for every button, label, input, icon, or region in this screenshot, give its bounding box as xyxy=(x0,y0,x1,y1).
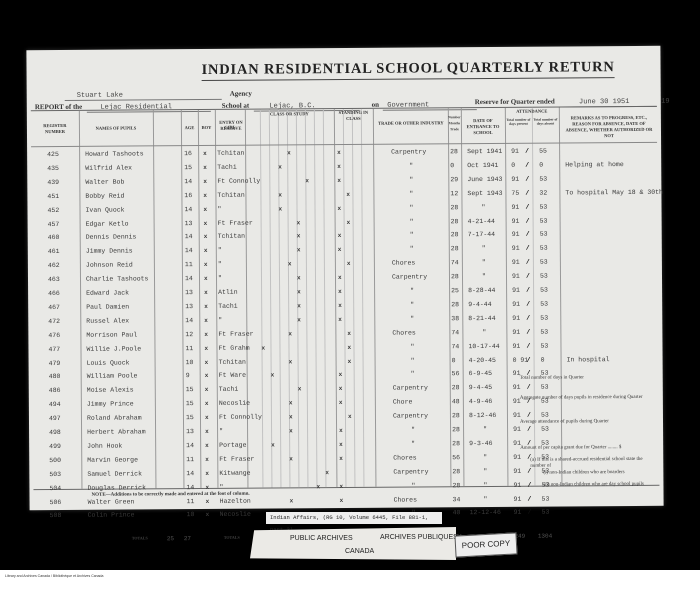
register-number: 504 xyxy=(49,485,61,492)
grade-mark: x xyxy=(297,219,301,226)
standing-mark: x xyxy=(339,483,343,490)
sex-mark: x xyxy=(204,261,208,268)
trade: " xyxy=(410,232,414,239)
entrance-date: " xyxy=(483,482,487,489)
months-trade: 28 xyxy=(451,273,459,280)
check-mark-icon: / xyxy=(525,203,529,210)
col-entry-on-reserve: ENTRY ON RESERVE xyxy=(217,120,245,132)
remark: Helping at home xyxy=(565,161,624,168)
pupil-age: 14 xyxy=(185,247,193,254)
register-number: 500 xyxy=(49,457,61,464)
pupil-age: 13 xyxy=(185,303,193,310)
months-trade: 40 xyxy=(453,510,461,517)
reserve-label: Reserve for Quarter ended xyxy=(475,98,555,107)
standing-mark: x xyxy=(337,149,341,156)
sex-mark: x xyxy=(205,470,209,477)
pupil-name: Louis Quock xyxy=(87,359,130,366)
entrance-date: " xyxy=(481,204,485,211)
pupil-name: Ivan Quock xyxy=(85,206,124,213)
days-absent: 53 xyxy=(540,231,548,238)
agency-line: Stuart Lake xyxy=(65,91,222,101)
entry-reserve: " xyxy=(218,247,222,254)
pupil-name: Douglas Derrick xyxy=(87,484,146,491)
grade-mark: x xyxy=(271,372,275,379)
sex-mark: x xyxy=(205,428,209,435)
return-form-page: INDIAN RESIDENTIAL SCHOOL QUARTERLY RETU… xyxy=(26,46,663,510)
standing-mark: x xyxy=(347,260,351,267)
entry-reserve: Ft Fraser xyxy=(218,330,253,337)
days-present: 91 xyxy=(511,176,519,183)
grade-mark: x xyxy=(298,386,302,393)
entrance-date: " xyxy=(483,454,487,461)
register-number: 499 xyxy=(49,443,61,450)
months-trade: 28 xyxy=(451,301,459,308)
totals-label-1: TOTALS xyxy=(132,535,148,540)
days-absent: 55 xyxy=(539,148,547,155)
sex-mark: x xyxy=(204,219,208,226)
grade-mark: x xyxy=(297,233,301,240)
grade-mark: x xyxy=(325,469,329,476)
trade: " xyxy=(410,288,414,295)
archives-stamp: PUBLIC ARCHIVES ARCHIVES PUBLIQUES CANAD… xyxy=(250,527,456,560)
pupil-name: Marvin George xyxy=(87,456,138,463)
sex-mark: x xyxy=(203,206,207,213)
days-present: 75 xyxy=(511,189,519,196)
days-present: 91 xyxy=(513,454,521,461)
entry-reserve: Ft Fraser xyxy=(218,219,253,226)
days-present: 91 xyxy=(512,342,520,349)
col-register-number: REGISTER NUMBER xyxy=(35,123,75,135)
months-trade: 56 xyxy=(452,371,460,378)
check-mark-icon: / xyxy=(525,148,529,155)
summary-total-days: Total number of days in Quarter xyxy=(520,375,650,382)
days-present: 91 xyxy=(513,384,521,391)
entrance-date: 4-21-44 xyxy=(468,217,495,224)
trade: Chores xyxy=(392,260,415,267)
pupil-age: 14 xyxy=(186,470,194,477)
grade-mark: x xyxy=(261,344,265,351)
trade: " xyxy=(410,218,414,225)
pupil-age: 9 xyxy=(186,372,190,379)
trade: Carpentry xyxy=(393,413,428,420)
pupil-age: 14 xyxy=(185,275,193,282)
register-number: 457 xyxy=(48,220,60,227)
entry-reserve: Tchitan xyxy=(219,358,246,365)
register-number: 476 xyxy=(48,332,60,339)
trade: Chore xyxy=(393,399,413,406)
sex-mark: x xyxy=(204,289,208,296)
months-trade: 28 xyxy=(450,148,458,155)
entry-reserve: Ft Fraser xyxy=(219,455,254,462)
entrance-date: " xyxy=(482,273,486,280)
entrance-date: 7-17-44 xyxy=(468,231,495,238)
months-trade: 28 xyxy=(452,482,460,489)
trade: " xyxy=(409,162,413,169)
standing-mark: x xyxy=(338,274,342,281)
entrance-date: June 1943 xyxy=(467,176,502,183)
trade: Chores xyxy=(392,329,415,336)
grade-mark: x xyxy=(297,302,301,309)
grade-mark: x xyxy=(278,205,282,212)
days-absent: 0 xyxy=(541,356,545,363)
check-mark-icon: / xyxy=(527,384,531,391)
trade: " xyxy=(411,427,415,434)
grade-mark: x xyxy=(305,177,309,184)
register-number: 435 xyxy=(47,165,59,172)
entry-reserve: " xyxy=(218,275,222,282)
pupil-age: 14 xyxy=(184,178,192,185)
pupil-name: Morrison Paul xyxy=(86,331,137,338)
days-present: 91 xyxy=(513,481,521,488)
pupil-name: Howard Tashoots xyxy=(85,150,144,157)
entrance-date: " xyxy=(483,426,487,433)
col-trade: TRADE OR OTHER INDUSTRY xyxy=(376,120,446,126)
pupil-name: John Hook xyxy=(87,442,122,449)
trade: " xyxy=(411,482,415,489)
stamp-archives-publiques: ARCHIVES PUBLIQUES xyxy=(380,534,458,541)
pupil-name: William Poole xyxy=(87,373,138,380)
entrance-date: 6-9-45 xyxy=(469,370,492,377)
archives-credit: Library and Archives Canada / Bibliothèq… xyxy=(5,574,115,578)
summary-non-indian-boarders: (i) non-Indian children who are boarders xyxy=(543,470,650,477)
entry-reserve: Tchitan xyxy=(217,191,244,198)
stamp-public-archives: PUBLIC ARCHIVES xyxy=(290,535,353,542)
days-present: 91 xyxy=(512,273,520,280)
sex-mark: x xyxy=(204,345,208,352)
check-mark-icon: / xyxy=(527,412,531,419)
standing-mark: x xyxy=(346,191,350,198)
check-mark-icon: / xyxy=(527,426,531,433)
standing-mark: x xyxy=(338,232,342,239)
days-absent: 53 xyxy=(540,259,548,266)
days-present: 91 xyxy=(513,467,521,474)
months-trade: 74 xyxy=(451,343,459,350)
trade: " xyxy=(411,371,415,378)
standing-mark: x xyxy=(340,497,344,504)
check-mark-icon: / xyxy=(526,328,530,335)
entrance-date: Sept 1941 xyxy=(467,148,502,155)
days-absent: 53 xyxy=(540,217,548,224)
months-trade: 56 xyxy=(452,454,460,461)
standing-mark: x xyxy=(347,330,351,337)
sex-mark: x xyxy=(204,317,208,324)
months-trade: 28 xyxy=(452,440,460,447)
totals-girls: 27 xyxy=(184,535,191,542)
entrance-date: 4-20-45 xyxy=(469,356,496,363)
entry-reserve: Tachi xyxy=(218,303,238,310)
entry-reserve: Portage xyxy=(219,442,246,449)
grade-mark: x xyxy=(287,149,291,156)
trade: " xyxy=(411,357,415,364)
months-trade: 25 xyxy=(451,287,459,294)
entry-reserve: Necoslie xyxy=(220,511,251,518)
register-number: 494 xyxy=(49,401,61,408)
days-absent: 53 xyxy=(539,203,547,210)
entrance-date: 8-21-44 xyxy=(468,315,495,322)
register-number: 508 xyxy=(50,512,62,519)
pupil-name: Johnson Reid xyxy=(86,262,133,269)
pupil-name: Edward Jack xyxy=(86,290,129,297)
sex-mark: x xyxy=(205,456,209,463)
check-mark-icon: / xyxy=(526,259,530,266)
check-mark-icon: / xyxy=(527,481,531,488)
sex-mark: x xyxy=(204,303,208,310)
pupil-name: Jimmy Prince xyxy=(87,401,134,408)
register-number: 472 xyxy=(48,318,60,325)
sex-mark: x xyxy=(204,331,208,338)
days-absent: 53 xyxy=(539,175,547,182)
pupil-name: Moise Alexis xyxy=(87,387,134,394)
days-absent: 32 xyxy=(539,189,547,196)
pupil-age: 15 xyxy=(186,400,194,407)
entrance-date: " xyxy=(482,329,486,336)
trade: " xyxy=(410,315,414,322)
check-mark-icon: / xyxy=(525,162,529,169)
entrance-date: " xyxy=(482,245,486,252)
sex-mark: x xyxy=(203,192,207,199)
pupil-age: 14 xyxy=(186,442,194,449)
entry-reserve: Ft Connolly xyxy=(219,414,262,421)
grade-mark: x xyxy=(289,427,293,434)
pupil-table: REGISTER NUMBER NAMES OF PUPILS AGE BOY … xyxy=(31,106,660,490)
days-absent: 53 xyxy=(540,287,548,294)
entry-reserve: " xyxy=(219,428,223,435)
entry-reserve: Tachi xyxy=(217,164,237,171)
months-trade: 0 xyxy=(452,357,456,364)
register-number: 460 xyxy=(48,234,60,241)
sex-mark: x xyxy=(205,484,209,491)
pupil-name: Dennis Dennis xyxy=(86,234,137,241)
col-attendance: ATTENDANCE xyxy=(505,109,559,115)
archive-reference: Indian Affairs, (RG 10, Volume 6445, Fil… xyxy=(266,512,442,524)
agency-value: Stuart Lake xyxy=(65,91,222,101)
months-trade: 28 xyxy=(452,384,460,391)
check-mark-icon: / xyxy=(525,189,529,196)
months-trade: 38 xyxy=(451,315,459,322)
entry-reserve: Ft Ware xyxy=(219,372,246,379)
standing-mark: x xyxy=(339,455,343,462)
months-trade: 34 xyxy=(453,496,461,503)
pupil-age: 15 xyxy=(184,164,192,171)
check-mark-icon: / xyxy=(526,342,530,349)
pupil-name: Jimmy Dennis xyxy=(86,248,133,255)
register-number: 462 xyxy=(48,262,60,269)
months-trade: 28 xyxy=(451,218,459,225)
months-trade: 74 xyxy=(451,329,459,336)
register-number: 439 xyxy=(47,179,59,186)
col-age: AGE xyxy=(181,125,198,131)
days-present: 91 xyxy=(512,217,520,224)
entrance-date: " xyxy=(483,468,487,475)
grade-mark: x xyxy=(297,274,301,281)
standing-mark: x xyxy=(339,371,343,378)
standing-mark: x xyxy=(337,205,341,212)
pupil-age: 14 xyxy=(185,317,193,324)
entrance-date: Oct 1941 xyxy=(467,162,498,169)
grade-mark: x xyxy=(271,441,275,448)
col-names: NAMES OF PUPILS xyxy=(83,125,149,131)
remark: In hospital xyxy=(567,356,610,363)
check-mark-icon: / xyxy=(526,217,530,224)
document-title: INDIAN RESIDENTIAL SCHOOL QUARTERLY RETU… xyxy=(201,59,614,81)
stamp-canada: CANADA xyxy=(345,548,374,555)
pupil-age: 14 xyxy=(185,233,193,240)
entrance-date: 9-4-45 xyxy=(469,384,492,391)
poor-copy-label: POOR COPY xyxy=(454,532,517,557)
days-present: 91 xyxy=(511,203,519,210)
check-mark-icon: / xyxy=(526,273,530,280)
sex-mark: x xyxy=(203,178,207,185)
months-trade: 48 xyxy=(452,398,460,405)
pupil-name: Colin Prince xyxy=(88,512,135,519)
months-trade: 28 xyxy=(452,412,460,419)
days-present: 0 xyxy=(511,162,515,169)
days-absent: 53 xyxy=(540,342,548,349)
standing-mark: x xyxy=(339,441,343,448)
sex-mark: x xyxy=(205,442,209,449)
trade: " xyxy=(409,190,413,197)
sex-mark: x xyxy=(203,150,207,157)
months-trade: 29 xyxy=(450,176,458,183)
entrance-date: 9-4-44 xyxy=(468,301,491,308)
grade-mark: x xyxy=(289,358,293,365)
entry-reserve: " xyxy=(218,317,222,324)
entry-reserve: Necoslie xyxy=(219,400,250,407)
grade-mark: x xyxy=(289,400,293,407)
summary-shared-school: (a) If this is a shared-accrued resident… xyxy=(530,457,650,470)
days-present: 91 xyxy=(512,231,520,238)
pupil-age: 13 xyxy=(185,289,193,296)
trade: " xyxy=(410,343,414,350)
year-label: 19 xyxy=(661,98,669,106)
sex-mark: x xyxy=(204,247,208,254)
months-trade: 28 xyxy=(450,204,458,211)
register-number: 477 xyxy=(48,346,60,353)
register-number: 506 xyxy=(50,498,62,505)
grade-mark: x xyxy=(289,413,293,420)
sex-mark: x xyxy=(204,233,208,240)
pupil-age: 10 xyxy=(186,359,194,366)
agency-label: Agency xyxy=(230,90,252,99)
register-number: 497 xyxy=(49,415,61,422)
pupil-name: Edgar Ketlo xyxy=(86,220,129,227)
pupil-age: 16 xyxy=(184,192,192,199)
days-absent: 53 xyxy=(540,273,548,280)
entry-reserve: " xyxy=(217,205,221,212)
trade: Chores xyxy=(393,454,416,461)
register-number: 467 xyxy=(48,304,60,311)
register-number: 451 xyxy=(47,193,59,200)
pupil-age: 16 xyxy=(184,150,192,157)
pupil-age: 11 xyxy=(185,261,193,268)
grade-mark: x xyxy=(289,455,293,462)
entry-reserve: Kitwange xyxy=(219,469,250,476)
sex-mark: x xyxy=(203,164,207,171)
days-absent: 53 xyxy=(542,509,550,516)
grade-mark: x xyxy=(278,191,282,198)
trade: " xyxy=(411,440,415,447)
pupil-name: Wilfrid Alex xyxy=(85,164,132,171)
days-present: 91 xyxy=(512,259,520,266)
entrance-date: 8-28-44 xyxy=(468,287,495,294)
standing-mark: x xyxy=(347,218,351,225)
days-absent: 53 xyxy=(540,245,548,252)
days-absent: 53 xyxy=(541,384,549,391)
entrance-date: Sept 1943 xyxy=(467,190,502,197)
days-present: 91 xyxy=(512,287,520,294)
months-trade: 28 xyxy=(452,426,460,433)
col-standing-in-class: STANDING IN CLASS xyxy=(334,110,373,122)
check-mark-icon: / xyxy=(525,176,529,183)
pupil-name: Walter Bob xyxy=(85,178,124,185)
months-trade: 28 xyxy=(451,232,459,239)
months-trade: 28 xyxy=(452,468,460,475)
register-number: 463 xyxy=(48,276,60,283)
summary-aggregate-days: Aggregate number of days pupils in resid… xyxy=(520,395,650,402)
standing-mark: x xyxy=(338,302,342,309)
standing-mark: x xyxy=(338,246,342,253)
pupil-name: Willie J.Poole xyxy=(86,345,141,352)
check-mark-icon: / xyxy=(526,245,530,252)
sex-mark: x xyxy=(205,386,209,393)
standing-mark: x xyxy=(339,399,343,406)
entry-reserve: Tachi xyxy=(219,386,239,393)
col-class-or-study: CLASS OR STUDY xyxy=(245,111,334,118)
register-number: 452 xyxy=(47,207,59,214)
trade: " xyxy=(410,301,414,308)
register-number: 466 xyxy=(48,290,60,297)
check-mark-icon: / xyxy=(526,231,530,238)
days-present: 91 xyxy=(512,301,520,308)
months-trade: 12 xyxy=(450,190,458,197)
standing-mark: x xyxy=(348,357,352,364)
days-absent: 53 xyxy=(540,328,548,335)
days-present: 91 xyxy=(513,412,521,419)
trade: Carpentry xyxy=(391,148,426,155)
col-entrance-date: DATE OF ENTRANCE TO SCHOOL xyxy=(463,118,503,136)
days-absent: 53 xyxy=(541,426,549,433)
register-number: 486 xyxy=(49,387,61,394)
grade-mark: x xyxy=(288,330,292,337)
check-mark-icon: / xyxy=(527,356,531,363)
pupil-name: Bobby Reid xyxy=(85,192,124,199)
days-present: 91 xyxy=(512,245,520,252)
standing-mark: x xyxy=(347,344,351,351)
trade: Chores xyxy=(394,496,417,503)
entrance-date: 9-3-46 xyxy=(469,440,492,447)
pupil-age: 12 xyxy=(185,331,193,338)
check-mark-icon: / xyxy=(526,301,530,308)
register-number: 461 xyxy=(48,248,60,255)
days-absent: 53 xyxy=(540,314,548,321)
pupil-age: 11 xyxy=(187,498,195,505)
sex-mark: x xyxy=(205,358,209,365)
days-absent: 53 xyxy=(541,412,549,419)
standing-mark: x xyxy=(339,427,343,434)
pupil-age: 13 xyxy=(185,220,193,227)
remark: To hospital May 18 & 30th xyxy=(565,188,663,196)
standing-mark: x xyxy=(338,288,342,295)
sex-mark: x xyxy=(205,400,209,407)
register-number: 425 xyxy=(47,151,59,158)
trade: Carpentry xyxy=(393,468,428,475)
col-boy: BOY xyxy=(198,125,215,131)
sex-mark: x xyxy=(205,414,209,421)
summary-grant-due: Amount of per capita grant due for Quart… xyxy=(520,445,650,452)
standing-mark: x xyxy=(337,163,341,170)
days-present: 91 xyxy=(513,426,521,433)
entry-reserve: Tchitan xyxy=(217,150,244,157)
